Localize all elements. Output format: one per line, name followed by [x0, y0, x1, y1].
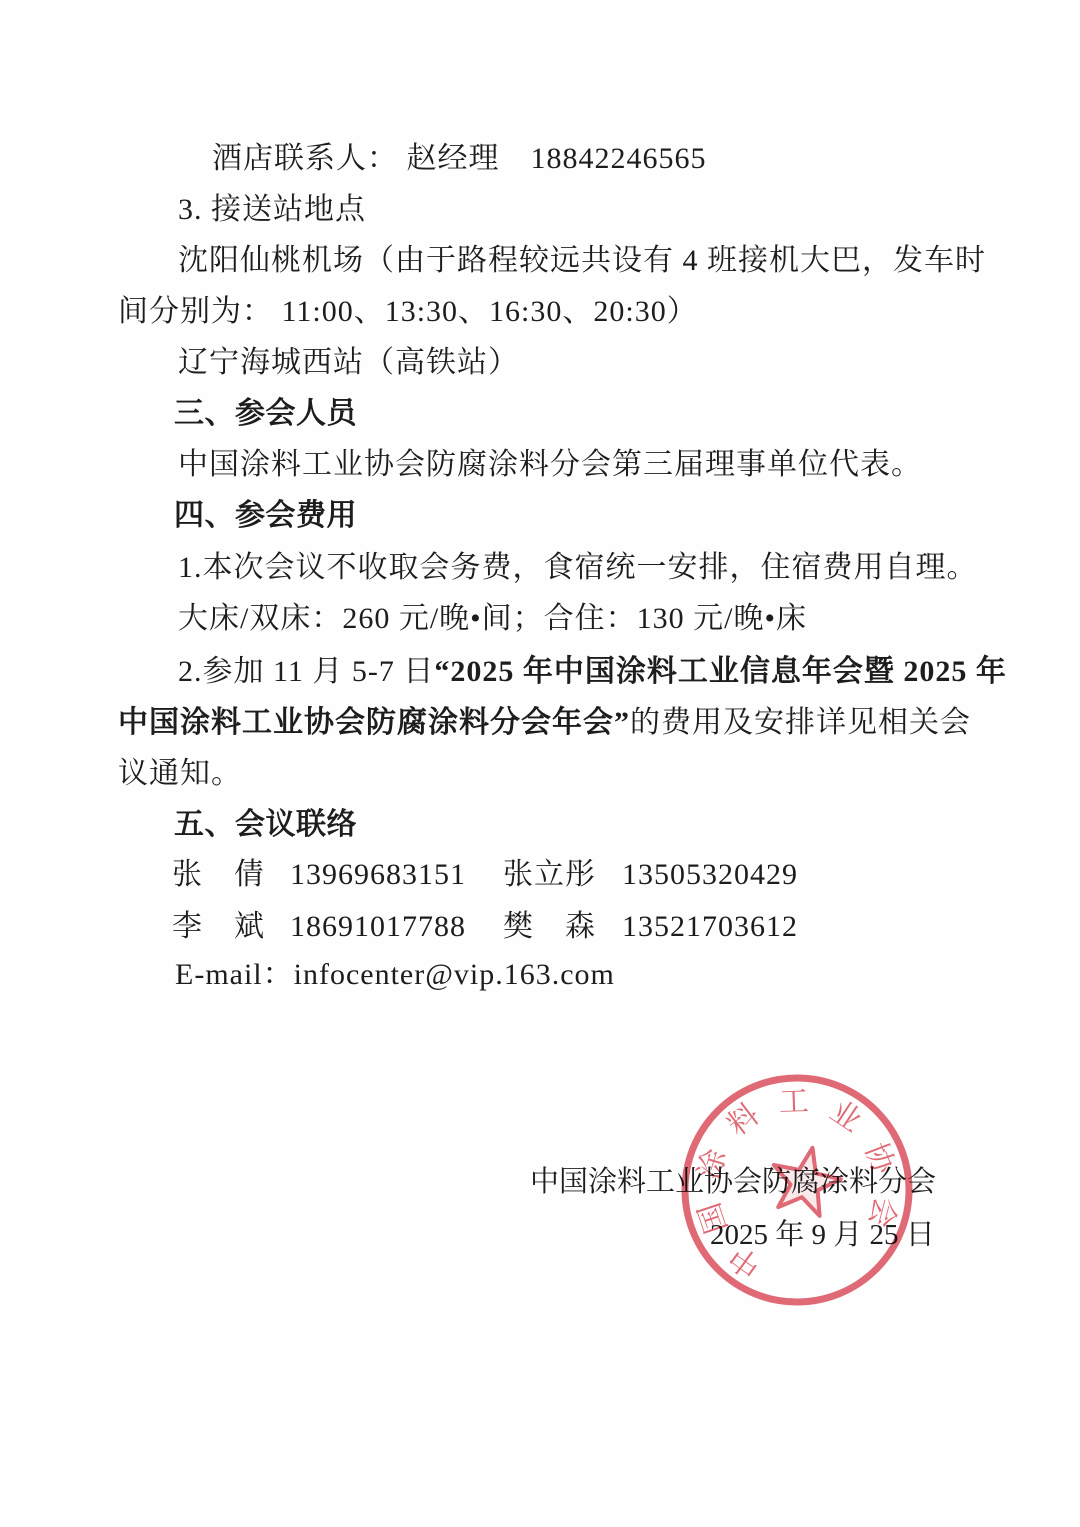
contact-name-zhanglitong: 张立彤 [503, 858, 596, 892]
seal-character: 料 [721, 1098, 765, 1142]
section-heading-attendees: 三、参会人员 [174, 397, 357, 431]
contact-phone-fansen: 13521703612 [622, 910, 798, 944]
signature-date-line: 2025 年 9 月 25 日 [710, 1218, 935, 1252]
fee-price-line: 大床/双床：260 元/晚•间；合住：130 元/晚•床 [178, 602, 807, 636]
fee-item2-line1-regular: 2.参加 11 月 5-7 日 [178, 655, 434, 688]
seal-character: 工 [778, 1085, 809, 1119]
fee-item2-line3: 议通知。 [118, 757, 242, 791]
document-page: 酒店联系人： 赵经理 18842246565 3. 接送站地点 沈阳仙桃机场（由… [0, 0, 1080, 1527]
fee-item2-line2-bold: 中国涂料工业协会防腐涂料分会年会” [118, 706, 630, 739]
attendees-line: 中国涂料工业协会防腐涂料分会第三届理事单位代表。 [178, 448, 922, 482]
pickup-location-heading: 3. 接送站地点 [178, 193, 366, 227]
email-line: E-mail：infocenter@vip.163.com [175, 958, 615, 992]
contact-phone-libin: 18691017788 [290, 910, 466, 944]
contact-phone-zhanglitong: 13505320429 [622, 858, 798, 892]
hotel-contact-line: 酒店联系人： 赵经理 18842246565 [212, 142, 707, 176]
fee-item1-line: 1.本次会议不收取会务费，食宿统一安排，住宿费用自理。 [178, 551, 978, 585]
contact-name-libin: 李 斌 [172, 910, 265, 944]
section-heading-fees: 四、参会费用 [174, 499, 357, 533]
pickup-airport-line1: 沈阳仙桃机场（由于路程较远共设有 4 班接机大巴，发车时 [178, 244, 986, 278]
fee-item2-line1: 2.参加 11 月 5-7 日“2025 年中国涂料工业信息年会暨 2025 年 [178, 655, 1007, 689]
contact-name-zhangqian: 张 倩 [172, 858, 265, 892]
contact-phone-zhangqian: 13969683151 [290, 858, 466, 892]
fee-item2-line2-regular: 的费用及安排详见相关会 [630, 706, 971, 739]
pickup-airport-line2: 间分别为： 11:00、13:30、16:30、20:30） [118, 295, 698, 329]
section-heading-contacts: 五、会议联络 [174, 808, 357, 842]
fee-item2-line2: 中国涂料工业协会防腐涂料分会年会”的费用及安排详见相关会 [118, 706, 971, 740]
pickup-railway-station-line: 辽宁海城西站（高铁站） [178, 346, 519, 380]
contact-name-fansen: 樊 森 [503, 910, 596, 944]
signature-org-line: 中国涂料工业协会防腐涂料分会 [530, 1165, 936, 1199]
seal-character: 业 [824, 1095, 867, 1139]
fee-item2-line1-bold: “2025 年中国涂料工业信息年会暨 2025 年 [434, 655, 1007, 688]
